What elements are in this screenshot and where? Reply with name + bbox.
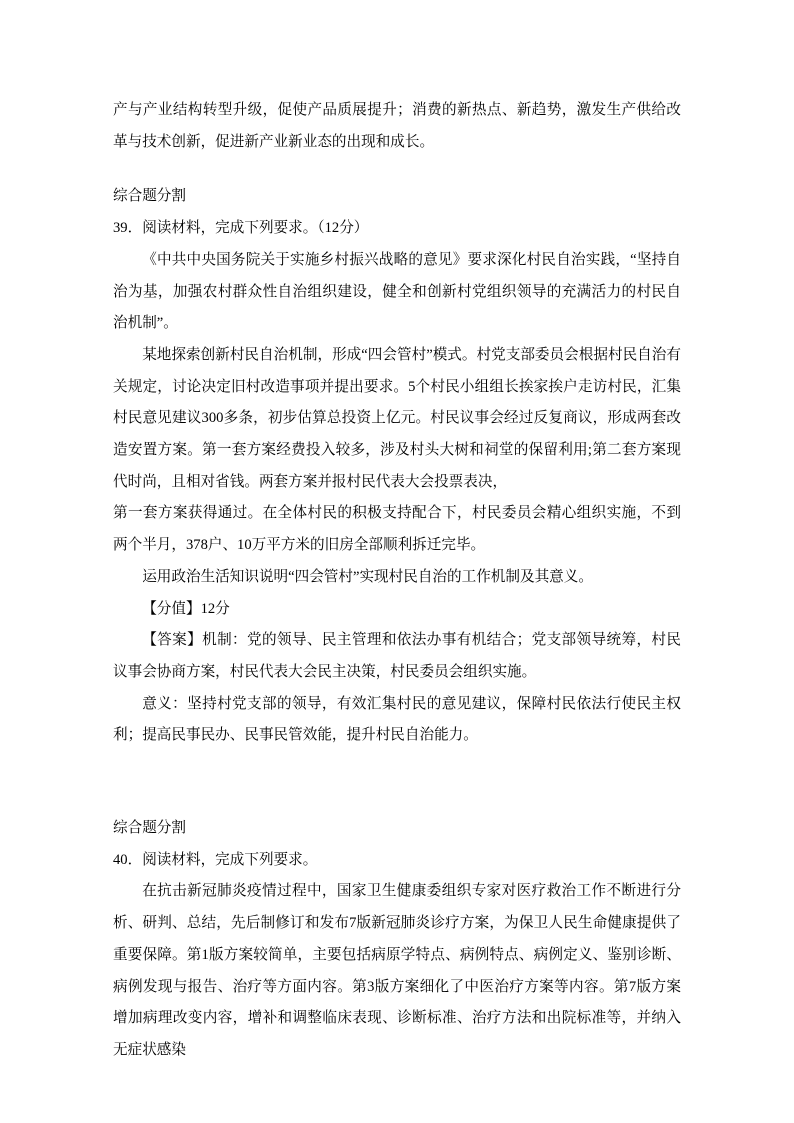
question-39-material-paragraph-2: 某地探索创新村民自治机制，形成“四会管村”模式。村党支部委员会根据村民自治有关规… bbox=[113, 340, 681, 499]
section-divider-q39: 综合题分割 bbox=[113, 181, 681, 213]
document-page: 产与产业结构转型升级，促使产品质展提升；消费的新热点、新趋势，激发生产供给改革与… bbox=[0, 0, 794, 1123]
question-39-task-paragraph: 运用政治生活知识说明“四会管村”实现村民自治的工作机制及其意义。 bbox=[113, 562, 681, 594]
continuation-paragraph: 产与产业结构转型升级，促使产品质展提升；消费的新热点、新趋势，激发生产供给改革与… bbox=[113, 95, 681, 158]
question-39-material-paragraph-3: 第一套方案获得通过。在全体村民的积极支持配合下，村民委员会精心组织实施，不到两个… bbox=[113, 498, 681, 561]
question-39-header: 39．阅读材料，完成下列要求。（12分） bbox=[113, 213, 681, 245]
question-40-header: 40．阅读材料，完成下列要求。 bbox=[113, 845, 681, 877]
section-divider-q40: 综合题分割 bbox=[113, 813, 681, 845]
question-39-answer-paragraph-1: 【答案】机制：党的领导、民主管理和依法办事有机结合；党支部领导统筹，村民议事会协… bbox=[113, 625, 681, 688]
question-39-material-paragraph-1: 《中共中央国务院关于实施乡村振兴战略的意见》要求深化村民自治实践，“坚持自治为基… bbox=[113, 245, 681, 340]
question-39-answer-paragraph-2: 意义：坚持村党支部的领导，有效汇集村民的意见建议，保障村民依法行使民主权利；提高… bbox=[113, 689, 681, 752]
question-40-material-paragraph-1: 在抗击新冠肺炎疫情过程中，国家卫生健康委组织专家对医疗救治工作不断进行分析、研判… bbox=[113, 876, 681, 1066]
question-39-score-label: 【分值】12分 bbox=[113, 594, 681, 626]
